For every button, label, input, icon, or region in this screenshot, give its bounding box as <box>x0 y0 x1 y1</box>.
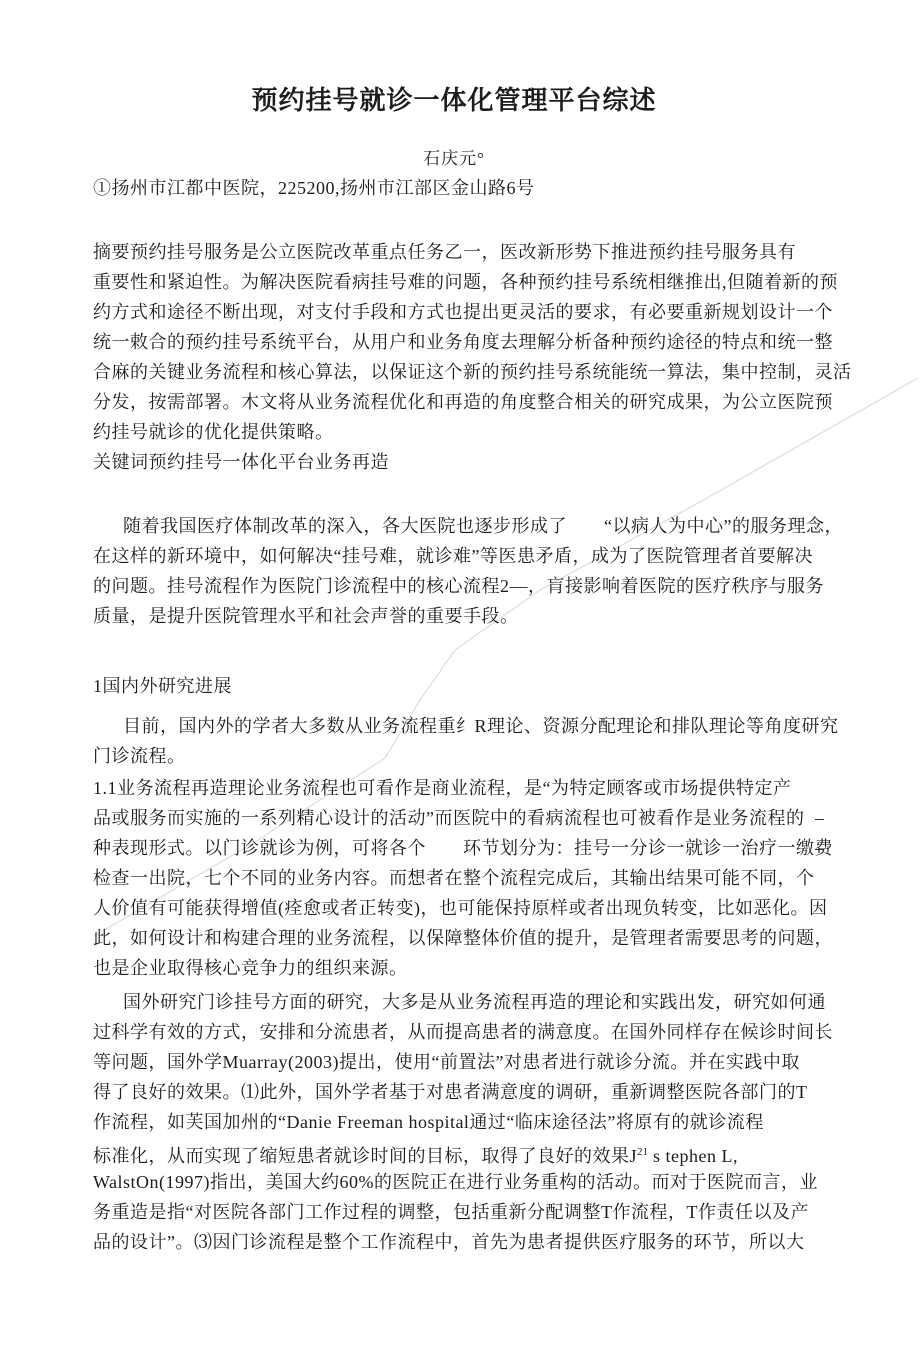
text-line: 1.1业务流程再造理论业务流程也可看作是商业流程，是“为特定顾客或市场提供特定产 <box>93 773 815 803</box>
document-page: 预约挂号就诊一体化管理平台综述 石庆元° ①扬州市江都中医院，225200,扬州… <box>0 0 920 1361</box>
text-line: 随着我国医疗体制改革的深入，各大医院也逐步形成了 “以病人为中心”的服务理念， <box>93 511 815 541</box>
text-line: 等问题，国外学Muarray(2003)提出，使用“前置法”对患者进行就诊分流。… <box>93 1047 815 1077</box>
section-1-1-paragraph: 1.1业务流程再造理论业务流程也可看作是商业流程，是“为特定顾客或市场提供特定产… <box>93 773 815 983</box>
text-line: 约方式和途径不断出现，对支付手段和方式也提出更灵活的要求，有必要重新规划设计一个 <box>93 297 815 327</box>
text-line: 人价值有可能获得增值(痊愈或者正转变)，也可能保持原样或者出现负转变，比如恶化。… <box>93 893 815 923</box>
text-line: 摘要预约挂号服务是公立医院改革重点任务乙一，医改新形势下推进预约挂号服务具有 <box>93 237 815 267</box>
page-title: 预约挂号就诊一体化管理平台综述 <box>93 84 815 118</box>
text-line: 门诊流程。 <box>93 741 815 771</box>
text-line: 约挂号就诊的优化提供策略。 <box>93 417 815 447</box>
text-line: 务重造是指“对医院各部门工作过程的调整，包括重新分配调整T作流程，T作责任以及产 <box>93 1197 815 1227</box>
keywords-line: 关键词预约挂号一体化平台业务再造 <box>93 447 815 477</box>
text-line-body: s tephen L, <box>648 1146 738 1166</box>
intro-paragraph: 随着我国医疗体制改革的深入，各大医院也逐步形成了 “以病人为中心”的服务理念， … <box>93 511 815 631</box>
author-name: 石庆元° <box>93 146 815 172</box>
foreign-research-paragraph: 国外研究门诊挂号方面的研究，大多是从业务流程再造的理论和实践出发，研究如何通 过… <box>93 987 815 1257</box>
margin-dash: – <box>815 803 825 833</box>
text-line: 重要性和紧迫性。为解决医院看病挂号难的问题，各种预约挂号系统相继推出,但随着新的… <box>93 267 815 297</box>
text-line: 分发，按需部署。木文将从业务流程优化和再造的角度整合相关的研究成果，为公立医院预 <box>93 387 815 417</box>
text-line-body: 种表现形式。以门诊就诊为例，可将各个 环节划分为：挂号一分诊一就诊一治疗一缴费 <box>93 838 833 858</box>
text-line: 检查一出院，七个不同的业务内容。而想者在整个流程完成后，其输出结果可能不同，个 <box>93 863 815 893</box>
text-line: 也是企业取得核心竞争力的组织来源。 <box>93 953 815 983</box>
text-line: 统一敕合的预约挂号系统平台，从用户和业务角度去理解分析备种预约途径的特点和统一整 <box>93 327 815 357</box>
text-line: 得了良好的效果。⑴此外，国外学者基于对患者满意度的调研，重新调整医院各部门的T <box>93 1077 815 1107</box>
text-line: 目前，国内外的学者大多数从业务流程重纟R理论、资源分配理论和排队理论等角度研究 <box>93 711 815 741</box>
text-line: 品的设计”。⑶因门诊流程是整个工作流程中，首先为患者提供医疗服务的环节，所以大 <box>93 1227 815 1257</box>
text-line: 国外研究门诊挂号方面的研究，大多是从业务流程再造的理论和实践出发，研究如何通 <box>93 987 815 1017</box>
text-line-body: 品或服务而实施的一系列精心设计的活动”而医院中的看病流程也可被看作是业务流程的 <box>93 808 805 828</box>
text-line: 的问题。挂号流程作为医院门诊流程中的核心流程2—，肓接影响着医院的医疗秩序与服务 <box>93 571 815 601</box>
text-line: 过科学有效的方式，安排和分流患者，从而提高患者的满意度。在国外同样存在候诊时间长 <box>93 1017 815 1047</box>
text-line-body: 标准化，从而实现了缩短患者就诊时间的目标，取得了良好的效果J <box>93 1146 637 1166</box>
section-1-paragraph-1: 目前，国内外的学者大多数从业务流程重纟R理论、资源分配理论和排队理论等角度研究 … <box>93 711 815 771</box>
text-line: 此，如何设计和构建合理的业务流程，以保障整体价值的提升，是管理者需要思考的问题， <box>93 923 815 953</box>
citation-superscript: 21 <box>637 1146 648 1158</box>
abstract-section: 摘要预约挂号服务是公立医院改革重点任务乙一，医改新形势下推进预约挂号服务具有 重… <box>93 237 815 477</box>
document-content: 预约挂号就诊一体化管理平台综述 石庆元° ①扬州市江都中医院，225200,扬州… <box>93 0 815 1257</box>
text-line: 作流程，如芙国加州的“Danie Freeman hospital通过“临床途径… <box>93 1107 815 1137</box>
text-line: 品或服务而实施的一系列精心设计的活动”而医院中的看病流程也可被看作是业务流程的 … <box>93 803 815 833</box>
section-1: 1国内外研究进展 <box>93 671 815 701</box>
text-line: 合麻的关键业务流程和核心算法，以保证这个新的预约挂号系统能统一算法，集中控制，灵… <box>93 357 815 387</box>
affiliation: ①扬州市江都中医院，225200,扬州市江部区金山路6号 <box>93 174 815 202</box>
text-line: 质量，是提升医院管理水平和社会声誉的重要手段。 <box>93 601 815 631</box>
section-heading: 1国内外研究进展 <box>93 671 815 701</box>
text-line: WalstOn(1997)指出，美国大约60%的医院正在进行业务重构的活动。而对… <box>93 1167 815 1197</box>
margin-dash: – <box>815 833 825 863</box>
text-line: 标准化，从而实现了缩短患者就诊时间的目标，取得了良好的效果J21 s tephe… <box>93 1137 815 1167</box>
text-line: 在这样的新环境中，如何解决“挂号难，就诊难”等医患矛盾，成为了医院管理者首要解决 <box>93 541 815 571</box>
text-line: 种表现形式。以门诊就诊为例，可将各个 环节划分为：挂号一分诊一就诊一治疗一缴费 … <box>93 833 815 863</box>
